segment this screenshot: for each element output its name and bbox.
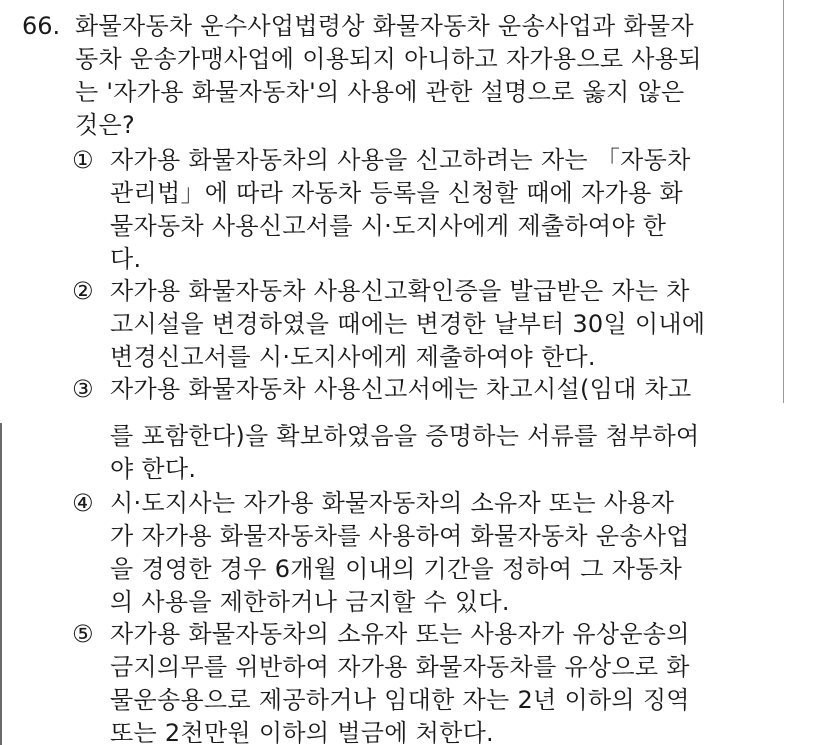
option-line: 을 경영한 경우 6개월 이내의 기간을 정하여 그 자동차 (110, 553, 772, 586)
question-66: 66. 화물자동차 운수사업법령상 화물자동차 운송사업과 화물자 동차 운송가… (22, 10, 772, 142)
option-marker: ④ (72, 487, 94, 520)
option-line: 자가용 화물자동차의 소유자 또는 사용자가 유상운송의 (110, 618, 772, 651)
question-stem-line: 화물자동차 운수사업법령상 화물자동차 운송사업과 화물자 (75, 10, 772, 43)
option-line: 야 한다. (110, 453, 772, 486)
option-marker: ② (72, 275, 94, 308)
option-line: 자가용 화물자동차의 사용을 신고하려는 자는 「자동차 (110, 144, 772, 177)
option-line: 변경신고서를 시·도지사에게 제출하여야 한다. (110, 341, 772, 374)
option-line: 금지의무를 위반하여 자가용 화물자동차를 유상으로 화 (110, 651, 772, 684)
option-line: 고시설을 변경하였을 때에는 변경한 날부터 30일 이내에 (110, 308, 772, 341)
option-text: 시·도지사는 자가용 화물자동차의 소유자 또는 사용자 가 자가용 화물자동차… (110, 487, 772, 619)
option-text: 자가용 화물자동차 사용신고서에는 차고시설(임대 차고 를 포함한다)을 확보… (110, 373, 772, 486)
option-text: 자가용 화물자동차의 사용을 신고하려는 자는 「자동차 관리법」에 따라 자동… (110, 144, 772, 276)
question-stem-line: 것은? (75, 109, 772, 142)
option-line: 를 포함한다)을 확보하였음을 증명하는 서류를 첨부하여 (110, 420, 772, 453)
question-stem-line: 는 '자가용 화물자동차'의 사용에 관한 설명으로 옳지 않은 (75, 76, 772, 109)
question-stem-line: 동차 운송가맹사업에 이용되지 아니하고 자가용으로 사용되 (75, 43, 772, 76)
option-text: 자가용 화물자동차 사용신고확인증을 발급받은 자는 차 고시설을 변경하였을 … (110, 275, 772, 374)
question-stem: 화물자동차 운수사업법령상 화물자동차 운송사업과 화물자 동차 운송가맹사업에… (75, 10, 772, 142)
option-marker: ⑤ (72, 618, 94, 651)
option-line: 물자동차 사용신고서를 시·도지사에게 제출하여야 한 (110, 210, 772, 243)
option-line: 자가용 화물자동차 사용신고서에는 차고시설(임대 차고 (110, 373, 772, 406)
option-line: 자가용 화물자동차 사용신고확인증을 발급받은 자는 차 (110, 275, 772, 308)
question-number: 66. (22, 10, 60, 43)
option-line: 물운송용으로 제공하거나 임대한 자는 2년 이하의 징역 (110, 684, 772, 717)
answer-option-2[interactable]: ② 자가용 화물자동차 사용신고확인증을 발급받은 자는 차 고시설을 변경하였… (72, 275, 772, 374)
option-line: 또는 2천만원 이하의 벌금에 처한다. (110, 717, 772, 745)
option-line: 관리법」에 따라 자동차 등록을 신청할 때에 자가용 화 (110, 177, 772, 210)
option-text: 자가용 화물자동차의 소유자 또는 사용자가 유상운송의 금지의무를 위반하여 … (110, 618, 772, 745)
answer-option-5[interactable]: ⑤ 자가용 화물자동차의 소유자 또는 사용자가 유상운송의 금지의무를 위반하… (72, 618, 772, 745)
option-marker: ① (72, 144, 94, 177)
option-line: 시·도지사는 자가용 화물자동차의 소유자 또는 사용자 (110, 487, 772, 520)
option-line: 가 자가용 화물자동차를 사용하여 화물자동차 운송사업 (110, 520, 772, 553)
option-marker: ③ (72, 373, 94, 406)
answer-option-3[interactable]: ③ 자가용 화물자동차 사용신고서에는 차고시설(임대 차고 를 포함한다)을 … (72, 373, 772, 486)
answer-option-1[interactable]: ① 자가용 화물자동차의 사용을 신고하려는 자는 「자동차 관리법」에 따라 … (72, 144, 772, 276)
column-divider-right (783, 0, 784, 403)
column-divider-left (0, 423, 2, 745)
option-line: 다. (110, 243, 772, 276)
answer-option-4[interactable]: ④ 시·도지사는 자가용 화물자동차의 소유자 또는 사용자 가 자가용 화물자… (72, 487, 772, 619)
option-line: 의 사용을 제한하거나 금지할 수 있다. (110, 586, 772, 619)
